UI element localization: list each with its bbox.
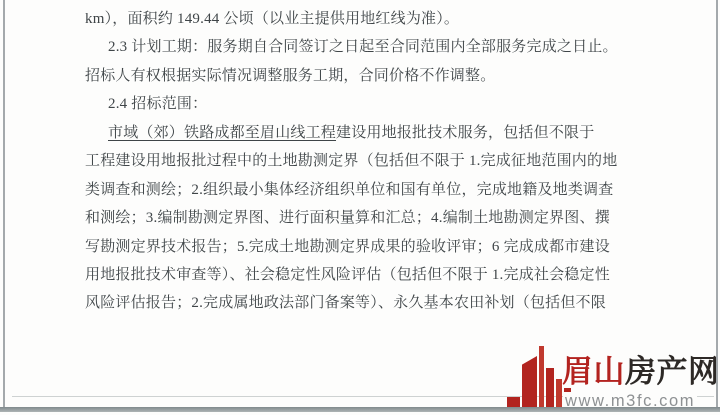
- doc-line: 写勘测定界技术报告；5.完成土地勘测定界成果的验收评审；6 完成成都市建设: [85, 233, 645, 261]
- doc-line: 工程建设用地报批过程中的土地勘测定界（包括但不限于 1.完成征地范围内的地: [85, 147, 645, 175]
- scanned-document-page: km），面积约 149.44 公顷（以业主提供用地红线为准）。 2.3 计划工期…: [0, 0, 720, 415]
- doc-line: 用地报批技术审查等）、社会稳定性风险评估（包括但不限于 1.完成社会稳定性: [85, 261, 645, 289]
- watermark-logo: 眉山房产网 www.m3fc.com: [500, 338, 720, 414]
- building-bar: [522, 356, 537, 410]
- doc-line-text: 2.4 招标范围：: [108, 96, 207, 112]
- doc-line-text: 写勘测定界技术报告；5.完成土地勘测定界成果的验收评审；6 完成成都市建设: [85, 239, 610, 255]
- doc-line: 类调查和测绘；2.组织最小集体经济组织单位和国有单位，完成地籍及地类调查: [85, 176, 645, 204]
- doc-line-text: 和测绘；3.编制勘测定界图、进行面积量算和汇总；4.编制土地勘测定界图、撰: [85, 210, 610, 226]
- doc-line: 2.3 计划工期：服务期自合同签订之日起至合同范围内全部服务完成之日止。: [85, 33, 645, 61]
- doc-line-text: 类调查和测绘；2.组织最小集体经济组织单位和国有单位，完成地籍及地类调查: [85, 182, 613, 198]
- doc-line-text: km），面积约 149.44 公顷（以业主提供用地红线为准）。: [85, 11, 459, 27]
- site-name-dark: 房产网: [625, 354, 720, 389]
- building-bar: [546, 368, 554, 410]
- doc-line: 风险评估报告；2.完成属地政法部门备案等）、永久基本农田补划（包括但不限: [85, 289, 645, 317]
- doc-line: 招标人有权根据实际情况调整服务工期，合同价格不作调整。: [85, 62, 645, 90]
- document-text: km），面积约 149.44 公顷（以业主提供用地红线为准）。 2.3 计划工期…: [85, 5, 645, 318]
- doc-line-text: 2.3 计划工期：服务期自合同签订之日起至合同范围内全部服务完成之日止。: [108, 39, 618, 55]
- doc-line-text: 用地报批技术审查等）、社会稳定性风险评估（包括但不限于 1.完成社会稳定性: [85, 267, 610, 283]
- doc-line-text: 建设用地报批技术服务，包括但不限于: [336, 125, 594, 141]
- underlined-project-name: 市域（郊）铁路成都至眉山线工程: [108, 125, 336, 141]
- doc-line: 和测绘；3.编制勘测定界图、进行面积量算和汇总；4.编制土地勘测定界图、撰: [85, 204, 645, 232]
- scan-bottom-edge-line: [0, 407, 720, 412]
- watermark-site-name: 眉山房产网: [562, 355, 720, 389]
- doc-line: km），面积约 149.44 公顷（以业主提供用地红线为准）。: [85, 5, 645, 33]
- doc-line-text: 风险评估报告；2.完成属地政法部门备案等）、永久基本农田补划（包括但不限: [85, 295, 606, 311]
- doc-line: 市域（郊）铁路成都至眉山线工程建设用地报批技术服务，包括但不限于: [85, 119, 645, 147]
- doc-line: 2.4 招标范围：: [85, 90, 645, 118]
- doc-line-text: 工程建设用地报批过程中的土地勘测定界（包括但不限于 1.完成征地范围内的地: [85, 153, 617, 169]
- scan-left-edge-line: [3, 0, 5, 409]
- site-name-red: 眉山: [562, 354, 625, 389]
- building-bar: [539, 346, 544, 410]
- scan-right-edge-line: [716, 0, 718, 409]
- doc-line-text: 招标人有权根据实际情况调整服务工期，合同价格不作调整。: [85, 68, 495, 84]
